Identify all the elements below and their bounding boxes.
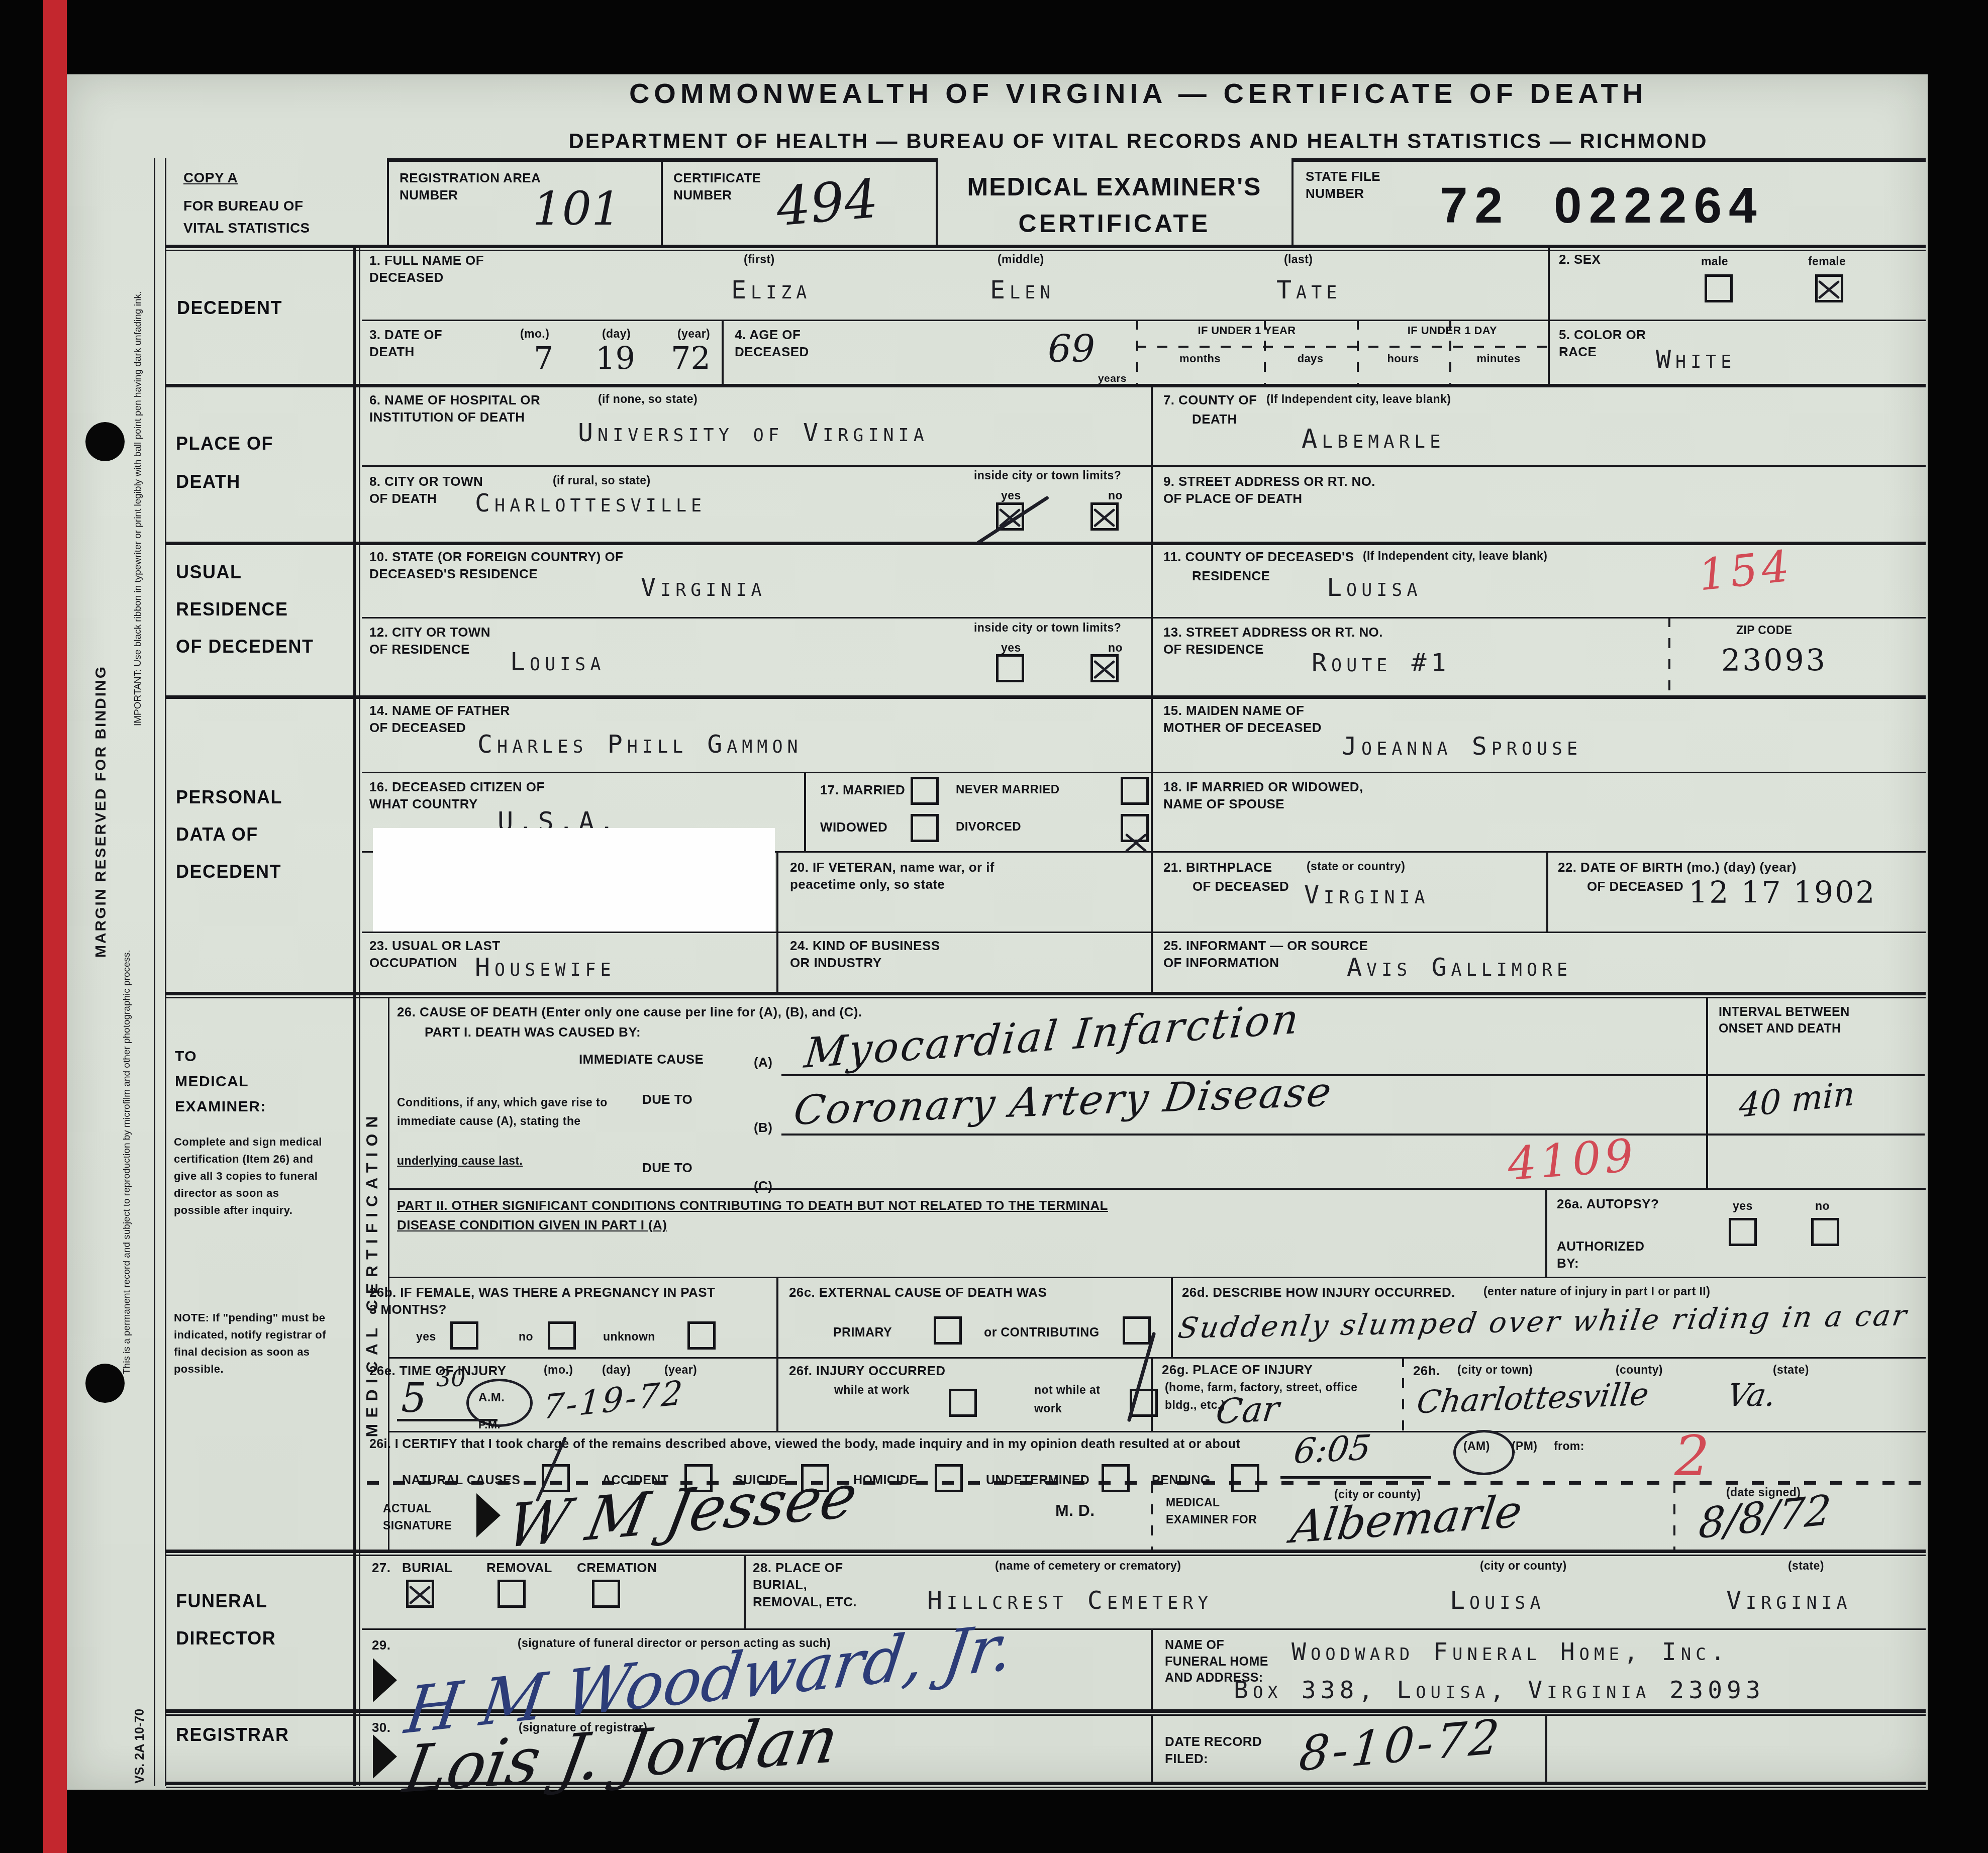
minutes-label: minutes <box>1449 352 1548 366</box>
field-1-last-label: (last) <box>1284 252 1313 267</box>
x-mark <box>409 1582 432 1605</box>
field-7-label: 7. COUNTY OF <box>1163 392 1257 409</box>
hours-label: hours <box>1357 352 1449 366</box>
field-6-note: (if none, so state) <box>598 392 698 407</box>
injury-hour-value: 5 <box>401 1375 427 1421</box>
field-1-label: 1. FULL NAME OF DECEASED <box>369 252 485 286</box>
field-22-label: 22. DATE OF BIRTH (mo.) (day) (year) <box>1558 859 1799 876</box>
conditions-note-1: Conditions, if any, which gave rise to i… <box>397 1093 643 1130</box>
rule <box>166 542 1926 545</box>
section-personal-3: DECEDENT <box>176 861 281 882</box>
section-residence-2: RESIDENCE <box>176 599 288 620</box>
injury-minutes-value: 30 <box>436 1365 466 1392</box>
last-name-value: Tate <box>1276 275 1341 304</box>
copy-label: COPY A <box>183 169 238 187</box>
field-11-label: 11. COUNTY OF DECEASED'S <box>1163 549 1354 566</box>
rule <box>1402 1357 1404 1432</box>
checkbox-autopsy-yes <box>1729 1218 1757 1246</box>
county-of-death-value: Albemarle <box>1302 424 1445 454</box>
contributing-label: or CONTRIBUTING <box>984 1324 1100 1341</box>
field-28-label: 28. PLACE OF BURIAL, REMOVAL, ETC. <box>753 1560 868 1610</box>
cremation-label: CREMATION <box>577 1560 657 1577</box>
field-15-label: 15. MAIDEN NAME OF MOTHER OF DECEASED <box>1163 702 1334 737</box>
rule <box>362 320 1926 321</box>
removal-label: REMOVAL <box>486 1560 552 1577</box>
rule <box>661 158 663 247</box>
rule <box>166 992 1926 995</box>
section-to-me-2: MEDICAL <box>175 1073 249 1090</box>
signature-arrow <box>373 1658 397 1702</box>
rule <box>388 997 389 1550</box>
while-at-work-label: while at work <box>834 1381 910 1399</box>
section-decedent: DECEDENT <box>177 297 282 319</box>
under-1-day-label: IF UNDER 1 DAY <box>1357 324 1548 338</box>
limits-yes-label-1: yes <box>1001 488 1021 503</box>
rule <box>166 695 1926 699</box>
cause-b-label: (B) <box>754 1119 772 1137</box>
authorized-by-label: AUTHORIZED BY: <box>1557 1238 1657 1272</box>
rule <box>387 158 389 247</box>
not-while-at-work-label: not while at work <box>1034 1381 1122 1418</box>
field-17-widowed-label: WIDOWED <box>820 819 887 836</box>
burial-city-label: (city or county) <box>1480 1559 1567 1574</box>
homicide-label: HOMICIDE <box>853 1472 918 1489</box>
field-21-note: (state or country) <box>1307 859 1405 874</box>
rule <box>362 617 1926 619</box>
residence-street-value: Route #1 <box>1312 648 1451 677</box>
rule <box>744 1555 746 1630</box>
field-26e-mo: (mo.) <box>544 1363 573 1378</box>
field-26h-state-label: (state) <box>1773 1363 1809 1378</box>
cemetery-value: Hillcrest Cemetery <box>927 1586 1213 1615</box>
section-residence-3: OF DECEDENT <box>176 636 314 657</box>
field-11-label2: RESIDENCE <box>1192 568 1270 585</box>
checkbox-removal <box>498 1580 526 1608</box>
copy-for-line1: FOR BUREAU OF <box>183 197 304 215</box>
field-26h-city-label: (city or town) <box>1457 1363 1533 1378</box>
limits-question-1: inside city or town limits? <box>974 468 1121 483</box>
middle-name-value: Elen <box>990 275 1055 304</box>
rule <box>722 320 724 385</box>
state-file-number-value: 72 022264 <box>1440 177 1764 235</box>
death-year-value: 72 <box>671 340 711 376</box>
field-8-note: (if rural, so state) <box>553 473 651 488</box>
undetermined-label: UNDETERMINED <box>986 1472 1089 1489</box>
me-for-label-1: MEDICAL <box>1166 1495 1220 1510</box>
field-17-divorced-label: DIVORCED <box>956 819 1021 835</box>
x-mark <box>1093 657 1116 680</box>
burial-state-label: (state) <box>1788 1559 1824 1574</box>
checkbox-limits-no-checked <box>1090 502 1119 531</box>
rule <box>1280 1476 1431 1479</box>
limits-yes-label-2: yes <box>1001 641 1021 656</box>
burial-label: BURIAL <box>402 1560 453 1577</box>
field-28-note: (name of cemetery or crematory) <box>995 1559 1181 1574</box>
field-26f-label: 26f. INJURY OCCURRED <box>789 1363 945 1380</box>
red-annotation-4109: 4109 <box>1506 1129 1639 1191</box>
to-me-pending-note: NOTE: If "pending" must be indicated, no… <box>174 1309 327 1378</box>
page-subtitle: DEPARTMENT OF HEALTH — BUREAU OF VITAL R… <box>352 128 1925 155</box>
field-21-label2: OF DECEASED <box>1192 878 1289 895</box>
rule <box>166 1555 1926 1556</box>
pregnancy-no-label: no <box>519 1329 533 1345</box>
rule <box>1291 158 1926 162</box>
checkbox-contributing <box>1123 1316 1151 1345</box>
certificate-number-value: 494 <box>774 167 880 238</box>
residence-city-value: Louisa <box>510 647 605 676</box>
rule <box>1151 465 1153 543</box>
rule <box>154 158 155 1786</box>
rule <box>389 1188 1926 1190</box>
rule <box>1668 617 1670 696</box>
rule <box>1548 320 1550 385</box>
field-9-label: 9. STREET ADDRESS OR RT. NO. OF PLACE OF… <box>1163 473 1384 507</box>
field-26h-label: 26h. <box>1413 1363 1440 1380</box>
field-17-never-label: NEVER MARRIED <box>956 782 1060 797</box>
rule <box>1548 245 1550 321</box>
rule <box>776 1277 778 1358</box>
death-day-value: 19 <box>595 340 635 376</box>
field-11-note: (If Independent city, leave blank) <box>1363 549 1547 564</box>
punch-hole-top <box>85 422 125 461</box>
immediate-cause-label: IMMEDIATE CAUSE <box>579 1051 704 1068</box>
limits-question-2: inside city or town limits? <box>974 621 1121 636</box>
checkbox-homicide <box>935 1464 963 1492</box>
cause-c-label: (C) <box>754 1178 772 1195</box>
margin-permanent-note: This is a permanent record and subject t… <box>122 721 133 1374</box>
funeral-home-name: Woodward Funeral Home, Inc. <box>1291 1638 1730 1666</box>
rule <box>776 1357 778 1432</box>
checkbox-pregnancy-yes <box>450 1321 478 1350</box>
field-30-number: 30. <box>372 1719 390 1736</box>
rule <box>359 245 360 1786</box>
race-value: White <box>1656 345 1736 374</box>
section-personal-1: PERSONAL <box>176 787 282 808</box>
checkbox-res-limits-no-checked <box>1090 654 1119 682</box>
sex-male-label: male <box>1701 254 1728 269</box>
checkbox-pending <box>1231 1464 1259 1492</box>
field-7-note: (If Independent city, leave blank) <box>1266 392 1451 407</box>
registration-area-value: 101 <box>533 182 621 236</box>
field-6-label: 6. NAME OF HOSPITAL OR INSTITUTION OF DE… <box>369 392 565 426</box>
death-am-label: (AM) <box>1463 1439 1490 1454</box>
conditions-note-2: underlying cause last. <box>397 1154 523 1169</box>
rule <box>362 465 1926 467</box>
checkbox-female-checked <box>1815 274 1843 302</box>
field-7-label2: DEATH <box>1192 411 1237 428</box>
section-personal-2: DATA OF <box>176 824 258 845</box>
md-label: M. D. <box>1055 1500 1095 1521</box>
pregnancy-unknown-label: unknown <box>603 1329 655 1345</box>
rule <box>1291 158 1294 247</box>
rule <box>1545 1714 1547 1783</box>
checkbox-married <box>911 777 939 805</box>
checkbox-pregnancy-unknown <box>687 1321 716 1350</box>
checkbox-pregnancy-no <box>548 1321 576 1350</box>
age-years-label: years <box>1098 372 1127 385</box>
binding-red-strip <box>43 0 67 1853</box>
rule <box>1151 542 1153 618</box>
injury-am-label: A.M. <box>478 1390 505 1405</box>
actual-signature-label-2: SIGNATURE <box>383 1518 452 1533</box>
autopsy-yes-label: yes <box>1733 1199 1753 1214</box>
due-to-label-2: DUE TO <box>642 1160 692 1177</box>
section-medical-certification: MEDICAL CERTIFICATION <box>363 1000 381 1548</box>
rule <box>1151 1628 1153 1710</box>
field-21-label: 21. BIRTHPLACE <box>1163 859 1272 876</box>
field-26i-label: 26i. I CERTIFY that I took charge of the… <box>369 1436 1240 1453</box>
field-26d-label: 26d. DESCRIBE HOW INJURY OCCURRED. <box>1182 1284 1455 1301</box>
death-certificate-scan: MARGIN RESERVED FOR BINDING IMPORTANT: U… <box>0 0 1988 1853</box>
rule <box>1673 1483 1675 1550</box>
signature-arrow <box>373 1734 397 1779</box>
rule <box>1151 384 1153 466</box>
father-name-value: Charles Phill Gammon <box>477 730 803 759</box>
rule <box>389 1357 1926 1359</box>
rule <box>389 1277 1926 1278</box>
pregnancy-yes-label: yes <box>416 1329 436 1345</box>
margin-important-note: IMPORTANT: Use black ribbon in typewrite… <box>133 203 144 726</box>
field-26h-county-label: (county) <box>1616 1363 1663 1378</box>
field-24-label: 24. KIND OF BUSINESS OR INDUSTRY <box>790 938 961 972</box>
section-to-me-1: TO <box>175 1048 197 1065</box>
copy-for-line2: VITAL STATISTICS <box>183 219 310 237</box>
state-file-number-label: STATE FILE NUMBER <box>1306 168 1416 202</box>
rule <box>165 158 166 1786</box>
rule <box>362 932 1926 933</box>
part2-label: PART II. OTHER SIGNIFICANT CONDITIONS CO… <box>397 1196 1151 1235</box>
date-filed-label: DATE RECORD FILED: <box>1165 1733 1275 1768</box>
injury-pm-label: P.M. <box>478 1418 501 1432</box>
red-annotation-154: 154 <box>1696 541 1796 600</box>
death-time-value: 6:05 <box>1291 1428 1373 1472</box>
under-1-year-label: IF UNDER 1 YEAR <box>1136 324 1357 338</box>
rule <box>781 1074 1925 1076</box>
x-mark <box>1818 277 1841 300</box>
rule <box>1546 851 1548 933</box>
checkbox-burial-checked <box>406 1580 434 1608</box>
age-value: 69 <box>1048 328 1095 371</box>
mother-name-value: Joeanna Sprouse <box>1342 732 1582 761</box>
field-26-part1: PART I. DEATH WAS CAUSED BY: <box>425 1024 641 1041</box>
rule <box>1151 1714 1153 1783</box>
residence-county-value: Louisa <box>1327 573 1422 602</box>
section-place-of-death-2: DEATH <box>176 471 241 492</box>
zip-code-value: 23093 <box>1721 643 1827 678</box>
redaction-box <box>373 828 775 932</box>
burial-city-value: Louisa <box>1450 1586 1545 1615</box>
rule <box>1151 932 1153 993</box>
informant-value: Avis Gallimore <box>1347 953 1572 982</box>
form-code: VS. 2A 10-70 <box>133 1668 147 1784</box>
signature-arrow <box>476 1493 501 1537</box>
occupation-value: Housewife <box>475 953 616 982</box>
field-17-married-label: 17. MARRIED <box>820 782 905 799</box>
rule <box>353 245 356 1786</box>
due-to-label-1: DUE TO <box>642 1091 692 1108</box>
rule <box>166 245 1926 248</box>
field-26b-label: 26b. IF FEMALE, WAS THERE A PREGNANCY IN… <box>369 1284 721 1318</box>
rule <box>1136 346 1548 348</box>
checkbox-cremation <box>592 1580 620 1608</box>
rule <box>166 250 1926 251</box>
red-annotation-2: 2 <box>1674 1424 1710 1488</box>
field-4-label: 4. AGE OF DECEASED <box>735 327 845 361</box>
field-26a-label: 26a. AUTOPSY? <box>1557 1196 1659 1213</box>
rule <box>166 997 1926 998</box>
rule <box>166 1550 1926 1553</box>
checkbox-res-limits-yes <box>996 654 1024 682</box>
months-label: months <box>1136 352 1264 366</box>
sex-female-label: female <box>1808 254 1846 269</box>
to-me-instructions: Complete and sign medical certification … <box>174 1134 327 1219</box>
divorced-x-mark <box>1125 830 1148 853</box>
checkbox-undetermined <box>1102 1464 1130 1492</box>
funeral-home-address: Box 338, Louisa, Virginia 23093 <box>1234 1676 1765 1704</box>
field-26d-note: (enter nature of injury in part I or par… <box>1483 1284 1710 1299</box>
hospital-value: University of Virginia <box>578 418 929 447</box>
rule <box>166 384 1926 387</box>
rule <box>1151 851 1153 933</box>
checkbox-while-at-work <box>949 1389 977 1417</box>
rule <box>1151 1483 1153 1550</box>
injury-state-value: Va. <box>1725 1377 1779 1413</box>
field-26e-day: (day) <box>602 1363 631 1378</box>
days-label: days <box>1264 352 1357 366</box>
field-20-label: 20. IF VETERAN, name war, or if peacetim… <box>790 859 1021 893</box>
field-26g-label: 26g. PLACE OF INJURY <box>1162 1362 1313 1379</box>
checkbox-autopsy-no <box>1811 1218 1839 1246</box>
rule <box>776 851 778 933</box>
checkbox-widowed <box>911 814 939 842</box>
punch-hole-bottom <box>85 1364 125 1403</box>
margin-binding-text: MARGIN RESERVED FOR BINDING <box>92 528 110 1095</box>
checkbox-primary <box>934 1316 962 1345</box>
death-pm-label: (PM) <box>1512 1439 1537 1454</box>
section-funeral-2: DIRECTOR <box>176 1628 276 1649</box>
limits-no-label-2: no <box>1108 641 1123 656</box>
section-registrar: REGISTRAR <box>176 1724 289 1745</box>
field-12-label: 12. CITY OR TOWN OF RESIDENCE <box>369 624 495 658</box>
interval-label: INTERVAL BETWEEN ONSET AND DEATH <box>1719 1004 1884 1037</box>
rule <box>1151 695 1153 773</box>
me-certificate-title-2: CERTIFICATE <box>937 208 1291 240</box>
rule <box>1545 1188 1547 1278</box>
field-5-label: 5. COLOR OR RACE <box>1559 327 1659 361</box>
field-29-number: 29. <box>372 1637 390 1654</box>
birthplace-value: Virginia <box>1304 880 1430 909</box>
section-to-me-3: EXAMINER: <box>175 1098 266 1115</box>
field-26c-label: 26c. EXTERNAL CAUSE OF DEATH WAS <box>789 1284 1047 1301</box>
field-1-middle-label: (middle) <box>998 252 1044 267</box>
section-residence-1: USUAL <box>176 562 242 583</box>
rule <box>1151 772 1153 852</box>
field-3-label: 3. DATE OF DEATH <box>369 327 470 361</box>
first-name-value: Eliza <box>731 275 811 304</box>
rule <box>1151 617 1153 696</box>
rule <box>776 932 778 993</box>
me-for-label-2: EXAMINER FOR <box>1166 1512 1257 1527</box>
page-title: COMMONWEALTH OF VIRGINIA — CERTIFICATE O… <box>352 75 1925 112</box>
field-10-label: 10. STATE (OR FOREIGN COUNTRY) OF DECEAS… <box>369 549 641 583</box>
city-of-death-value: Charlottesville <box>475 488 706 518</box>
me-certificate-title-1: MEDICAL EXAMINER'S <box>937 171 1291 203</box>
checkbox-male <box>1705 274 1733 302</box>
from-label: from: <box>1554 1439 1584 1454</box>
field-27-number: 27. <box>372 1560 390 1577</box>
date-of-birth-value: 12 17 1902 <box>1688 875 1876 910</box>
zip-code-label: ZIP CODE <box>1736 623 1792 638</box>
field-8-label: 8. CITY OR TOWN OF DEATH <box>369 473 490 507</box>
checkbox-never-married <box>1121 777 1149 805</box>
pending-label: PENDING <box>1152 1472 1211 1489</box>
rule <box>362 772 1926 773</box>
rule <box>1706 997 1708 1189</box>
rule <box>1171 1277 1173 1358</box>
natural-causes-label: NATURAL CAUSES <box>402 1472 520 1489</box>
actual-signature-label-1: ACTUAL <box>383 1501 432 1516</box>
field-22-label2: OF DECEASED <box>1587 878 1683 895</box>
primary-label: PRIMARY <box>833 1324 892 1341</box>
section-funeral-1: FUNERAL <box>176 1591 267 1612</box>
field-2-label: 2. SEX <box>1559 251 1601 268</box>
burial-state-value: Virginia <box>1726 1586 1852 1615</box>
rule <box>781 1134 1925 1136</box>
rule <box>362 1628 1926 1630</box>
limits-no-label-1: no <box>1108 488 1123 503</box>
x-mark <box>1093 505 1116 528</box>
section-place-of-death-1: PLACE OF <box>176 433 273 454</box>
rule <box>804 772 806 852</box>
residence-state-value: Virginia <box>641 573 766 602</box>
place-of-injury-value: Car <box>1214 1389 1281 1432</box>
cause-a-label: (A) <box>754 1054 772 1071</box>
field-1-first-label: (first) <box>744 252 775 267</box>
field-26-label: 26. CAUSE OF DEATH (Enter only one cause… <box>397 1004 862 1021</box>
autopsy-no-label: no <box>1815 1199 1830 1214</box>
field-18-label: 18. IF MARRIED OR WIDOWED, NAME OF SPOUS… <box>1163 779 1395 813</box>
death-month-value: 7 <box>534 340 553 376</box>
